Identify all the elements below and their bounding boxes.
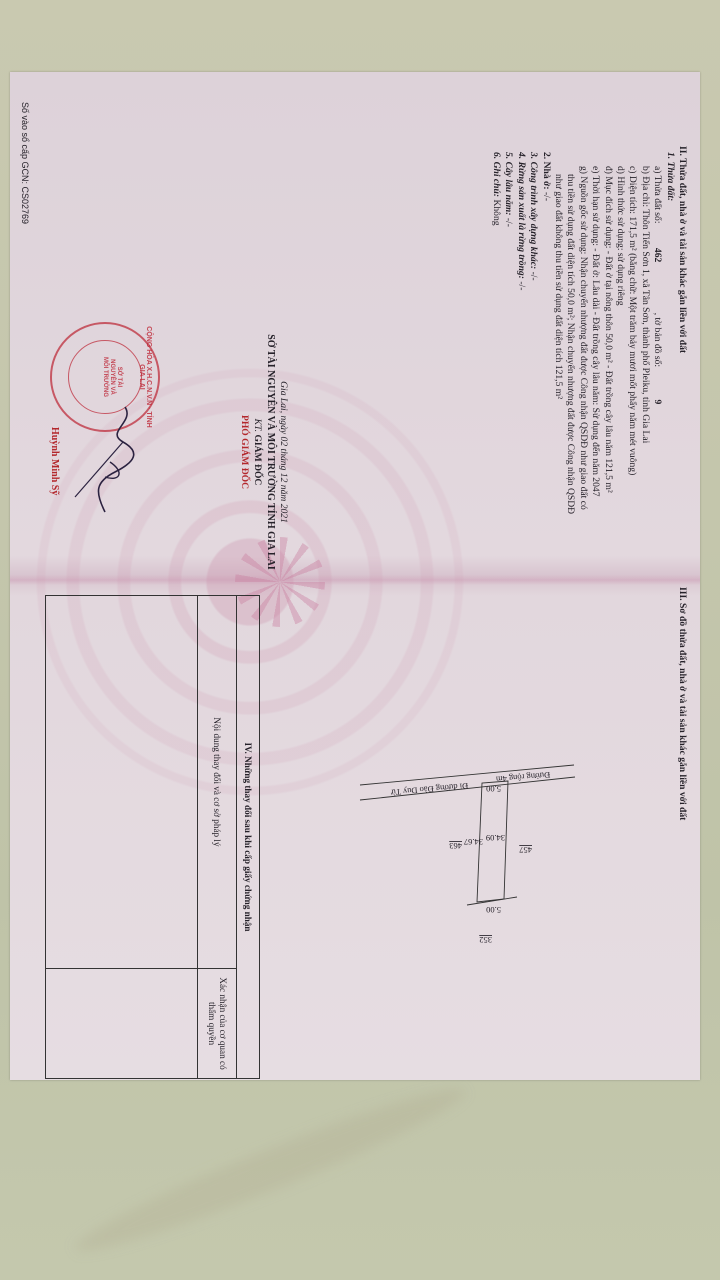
signer-role: KT. GIÁM ĐỐC <box>251 322 264 582</box>
section-IV-body-row <box>46 596 197 1078</box>
place-date: Gia Lai, ngày 02 tháng 12 năm 2021 <box>277 322 290 582</box>
parcel-number: 462 <box>652 248 663 262</box>
signature-block: Gia Lai, ngày 02 tháng 12 năm 2021 SỞ TÀ… <box>238 322 290 582</box>
area-line: c) Diện tích: 171,5 m² (bằng chữ: Một tr… <box>626 146 638 576</box>
handwritten-signature-icon <box>65 402 145 522</box>
issuing-organization: SỞ TÀI NGUYÊN VÀ MÔI TRƯỜNG TỈNH GIA LAI <box>264 322 277 582</box>
change-content-header: Nội dung thay đổi và cơ sở pháp lý <box>198 596 236 969</box>
map-number: 9 <box>652 400 663 405</box>
perennial-tree-line: 5. Cây lâu năm: -/- <box>502 146 514 576</box>
back-width: 5.00 <box>486 905 501 915</box>
other-construction-line: 3. Công trình xây dựng khác: -/- <box>527 146 539 576</box>
neighbor-back: 352 <box>479 935 492 945</box>
direction-label: Đi đường Đào Duy Từ <box>390 781 468 798</box>
usage-term-line: e) Thời hạn sử dụng: - Đất ở: Lâu dài - … <box>589 146 601 576</box>
right-side-length: 34.67 <box>464 837 483 847</box>
map-label: , tờ bản đồ số: <box>652 313 663 367</box>
authority-confirmation-header: Xác nhận của cơ quan có thẩm quyền <box>198 969 236 1078</box>
section-IV-title: IV. Những thay đổi sau khi cấp giấy chứn… <box>236 596 259 1078</box>
land-heading: 1. Thửa đất: <box>663 146 675 576</box>
neighbor-right: 463 <box>449 841 462 851</box>
authority-confirmation-cell <box>46 969 197 1078</box>
front-width: 5.00 <box>486 784 501 794</box>
stamp-inner-text: SỞ TÀI NGUYÊN VÀ MÔI TRƯỜNG <box>101 354 122 400</box>
parcel-line: a) Thửa đất số: 462 , tờ bản đồ số: 9 <box>651 146 663 576</box>
change-content-cell <box>46 596 197 969</box>
signer-name: Huỳnh Minh Sỹ <box>49 427 60 495</box>
origin-line-1: g) Nguồn gốc sử dụng: Nhận chuyển nhượng… <box>576 146 588 576</box>
section-IV-header-row: Nội dung thay đổi và cơ sở pháp lý Xác n… <box>197 596 236 1078</box>
certificate-paper: II. Thửa đất, nhà ở và tài sản khác gắn … <box>10 72 700 1080</box>
certificate-photo: II. Thửa đất, nhà ở và tài sản khác gắn … <box>10 72 700 1080</box>
origin-line-2: thu tiền sử dụng đất diện tích 50,0 m²; … <box>564 146 576 576</box>
right-page: III. Sơ đồ thửa đất, nhà ở và tài sản kh… <box>10 585 700 1080</box>
usage-form-line: d) Hình thức sử dụng: sử dụng riêng <box>614 146 626 576</box>
note-line: 6. Ghi chú: Không <box>490 146 502 576</box>
forest-line: 4. Rừng sản xuất là rừng trồng: -/- <box>514 146 526 576</box>
registry-number: Số vào sổ cấp GCN: CS02769 <box>20 102 30 224</box>
house-line: 2. Nhà ở: -/- <box>539 146 551 576</box>
parcel-label: a) Thửa đất số: <box>652 166 663 224</box>
left-side-length: 34.09 <box>486 833 505 843</box>
left-page: II. Thửa đất, nhà ở và tài sản khác gắn … <box>10 72 700 577</box>
neighbor-left: 457 <box>519 845 532 855</box>
address-line: b) Địa chỉ: Thôn Tiến Sơn 1, xã Tân Sơn,… <box>638 146 650 576</box>
road-label: Đường rộng 4m <box>495 770 550 785</box>
tabletop-stain <box>68 1073 472 1267</box>
section-IV-table: IV. Những thay đổi sau khi cấp giấy chứn… <box>45 595 260 1079</box>
section-II: II. Thửa đất, nhà ở và tài sản khác gắn … <box>490 146 689 576</box>
deputy-role: PHÓ GIÁM ĐỐC <box>238 322 251 582</box>
origin-line-3: như giao đất không thu tiền sử dụng đất … <box>552 146 564 576</box>
usage-purpose-line: đ) Mục đích sử dụng: - Đất ở tại nông th… <box>601 146 613 576</box>
section-II-title: II. Thửa đất, nhà ở và tài sản khác gắn … <box>676 146 688 576</box>
